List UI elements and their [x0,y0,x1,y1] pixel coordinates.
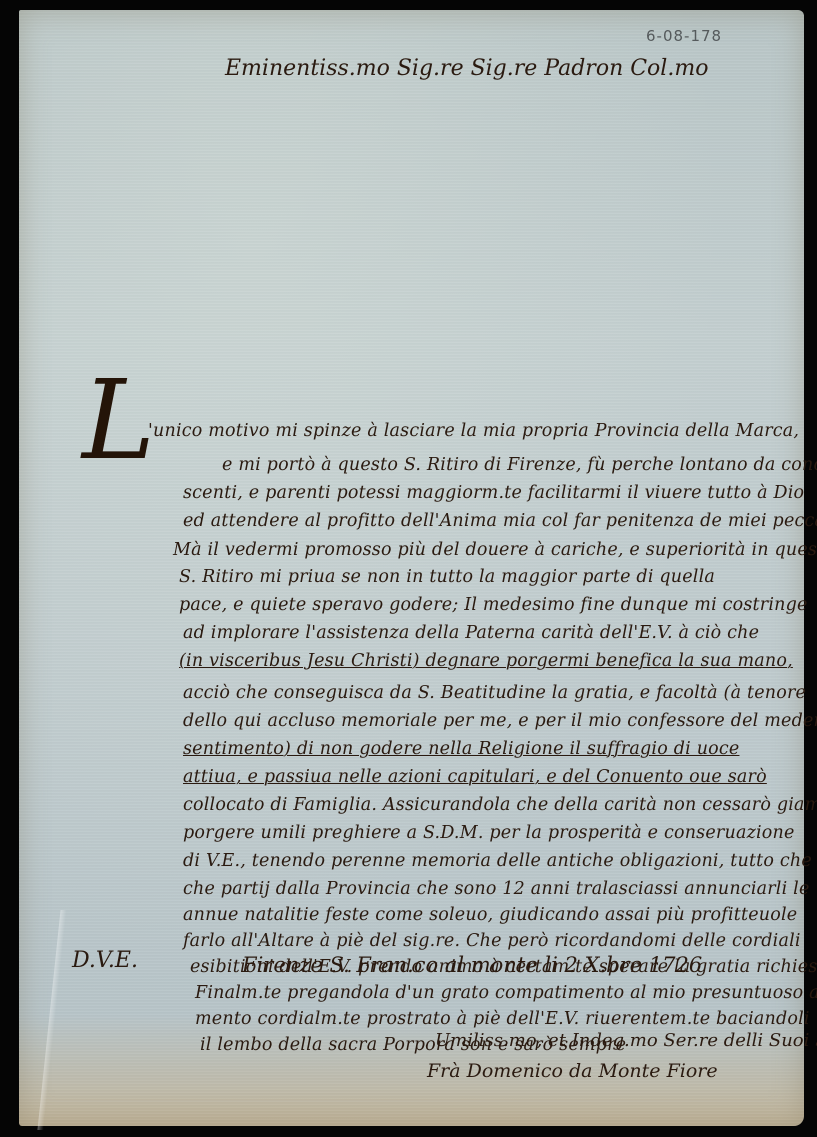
signature-name: Frà Domenico da Monte Fiore [427,1060,718,1082]
body-line: 'unico motivo mi spinze à lasciare la mi… [148,421,799,441]
body-line: di V.E., tenendo perenne memoria delle a… [183,851,817,871]
signature-line-1: Umiliss.mo, et Indeg.mo Ser.re delli Suo… [435,1030,817,1051]
body-line: porgere umili preghiere a S.D.M. per la … [183,823,795,843]
body-line-underlined: attiua, e passiua nelle azioni capitular… [183,767,767,787]
paper-fold [37,910,66,1130]
body-line-underlined: (in visceribus Jesu Christi) degnare por… [179,651,793,671]
body-line: S. Ritiro mi priua se non in tutto la ma… [179,567,715,587]
body-line: pace, e quiete speravo godere; Il medesi… [179,595,808,615]
closing-abbreviation: D.V.E. [72,948,138,973]
body-line: e mi portò à questo S. Ritiro di Firenze… [222,455,817,475]
body-line: ad implorare l'assistenza della Paterna … [183,623,759,643]
body-line-underlined: sentimento) di non godere nella Religion… [183,739,739,759]
dateline: Firenze S. Fran.co al monte li 2 X.bre 1… [242,953,702,977]
body-line: scenti, e parenti potessi maggiorm.te fa… [183,483,804,503]
body-line: annue natalitie feste come soleuo, giudi… [183,905,797,925]
archive-number: 6-08-178 [646,27,722,45]
body-line: che partij dalla Provincia che sono 12 a… [183,879,810,899]
body-line: dello qui accluso memoriale per me, e pe… [183,711,817,731]
body-line: mento cordialm.te prostrato à piè dell'E… [195,1009,810,1029]
body-line: acciò che conseguisca da S. Beatitudine … [183,683,806,703]
body-line: ed attendere al profitto dell'Anima mia … [183,511,817,531]
salutation: Eminentiss.mo Sig.re Sig.re Padron Col.m… [225,56,708,81]
initial-letter: L [82,365,155,475]
body-line: farlo all'Altare à piè del sig.re. Che p… [183,931,801,951]
body-line: Finalm.te pregandola d'un grato compatim… [195,983,817,1003]
body-line: collocato di Famiglia. Assicurandola che… [183,795,817,815]
body-line: Mà il vedermi promosso più del douere à … [173,540,817,560]
